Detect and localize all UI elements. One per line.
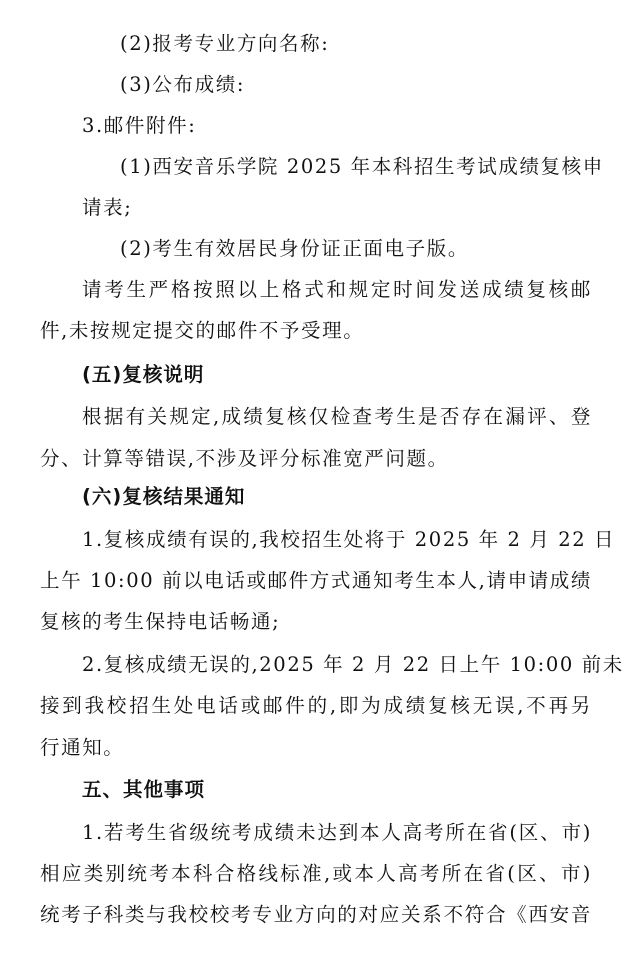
section-heading-review-notes: (五)复核说明 [82,360,592,390]
section-heading-other-matters: 五、其他事项 [82,775,592,805]
line-attachment-1-cont: 请表; [82,193,592,223]
line-result-error: 1.复核成绩有误的,我校招生处将于 2025 年 2 月 22 日 [82,525,592,555]
line-result-error-cont-2: 复核的考生保持电话畅通; [40,607,592,637]
line-result-correct: 2.复核成绩无误的,2025 年 2 月 22 日上午 10:00 前未 [82,650,592,680]
line-result-error-cont-1: 上午 10:00 前以电话或邮件方式通知考生本人,请申请成绩 [40,566,592,596]
line-email-attachments: 3.邮件附件: [82,111,592,141]
line-format-notice: 请考生严格按照以上格式和规定时间发送成绩复核邮 [82,275,592,305]
line-other-1-cont-2: 统考子科类与我校校考专业方向的对应关系不符合《西安音 [40,900,592,930]
line-format-notice-cont: 件,未按规定提交的邮件不予受理。 [40,316,592,346]
document-page: (2)报考专业方向名称: (3)公布成绩: 3.邮件附件: (1)西安音乐学院 … [0,0,634,954]
line-attachment-1: (1)西安音乐学院 2025 年本科招生考试成绩复核申 [120,152,592,182]
line-other-1: 1.若考生省级统考成绩未达到本人高考所在省(区、市) [82,818,592,848]
section-heading-result-notice: (六)复核结果通知 [82,482,592,512]
line-review-notes: 根据有关规定,成绩复核仅检查考生是否存在漏评、登 [82,402,592,432]
line-review-notes-cont: 分、计算等错误,不涉及评分标准宽严问题。 [40,444,592,474]
line-result-correct-cont-2: 行通知。 [40,733,592,763]
line-attachment-2: (2)考生有效居民身份证正面电子版。 [120,234,592,264]
line-exam-major-name: (2)报考专业方向名称: [120,29,592,59]
line-result-correct-cont-1: 接到我校招生处电话或邮件的,即为成绩复核无误,不再另 [40,691,592,721]
line-other-1-cont-1: 相应类别统考本科合格线标准,或本人高考所在省(区、市) [40,859,592,889]
line-published-score: (3)公布成绩: [120,70,592,100]
